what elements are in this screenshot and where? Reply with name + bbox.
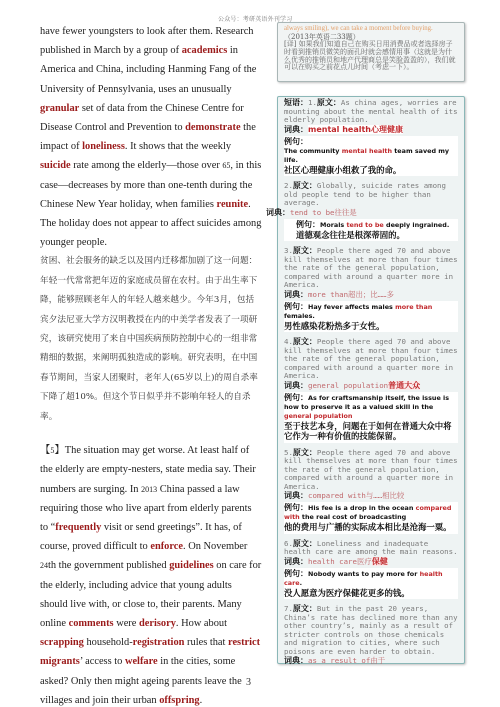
example-text: Nobody wants to pay more for — [308, 570, 420, 578]
dictionary-label: 词典： — [284, 125, 308, 134]
article-translation-4: 贫困、社会服务的缺乏以及国内迁移都加剧了这一问题：年轻一代常常把年迈的家庭成员留… — [40, 252, 262, 427]
text: were — [114, 618, 139, 629]
text: household- — [84, 637, 133, 648]
dictionary-meaning: 普通大众 — [388, 381, 420, 390]
original-sentence: 4.原文：People there aged 70 and above kill… — [284, 338, 458, 381]
text: . It shows that the weekly — [125, 141, 231, 152]
text: . — [200, 695, 203, 706]
text: rules that — [184, 637, 228, 648]
text: rate among the elderly—those over — [71, 160, 223, 171]
example-translation: 他的费用与广播的实际成本相比是沧海一粟。 — [284, 522, 458, 533]
dictionary-label: 词典： — [284, 557, 308, 566]
phrases-notes-box: 短语：1.原文：As china ages, worries are mount… — [277, 96, 465, 664]
example-block: 例句：As for craftsmanship itself, the issu… — [284, 392, 458, 443]
example-text: deeply ingrained. — [384, 221, 449, 229]
example-text: His fee is a drop in the ocean — [308, 504, 416, 512]
example-sentence: 例句：Hay fever affects males more than fem… — [284, 302, 458, 321]
original-sentence: 6.原文：Loneliness and inadequate health ca… — [284, 540, 458, 557]
dictionary-meaning: 往往是 — [335, 208, 357, 217]
example-sentence: 例句：His fee is a drop in the ocean compar… — [284, 503, 458, 522]
dictionary-label: 词典： — [284, 381, 308, 390]
dictionary-meaning: 由于 — [370, 656, 385, 665]
original-sentence: 3.原文：People there aged 70 and above kill… — [284, 247, 458, 290]
keyword: demonstrate — [185, 122, 240, 133]
dictionary-phrase: general population — [308, 381, 388, 390]
article-column: have fewer youngsters to look after them… — [40, 22, 262, 707]
number: 2013 — [141, 485, 157, 494]
example-translation: 男性感染花粉热多于女性。 — [284, 321, 458, 332]
phrase-entry: 4.原文：People there aged 70 and above kill… — [284, 338, 458, 443]
previous-notes-box: always smiling), we can take a moment be… — [277, 22, 465, 82]
phrase-entry: 6.原文：Loneliness and inadequate health ca… — [284, 540, 458, 600]
dictionary-meaning: 超出；比……多 — [348, 290, 394, 299]
example-label: 例句： — [284, 302, 308, 311]
phrase-entries: 短语：1.原文：As china ages, worries are mount… — [278, 97, 464, 674]
example-text: Morals — [320, 221, 346, 229]
example-translation: 道德观念往往是根深蒂固的。 — [296, 230, 458, 241]
example-translation: 至于技艺本身，问题在于如何在普通大众中将它作为一种有价值的技能保留。 — [284, 421, 458, 442]
dictionary-label: 词典： — [266, 208, 290, 217]
dictionary-meaning: 医疗 — [357, 557, 372, 566]
original-sentence: 7.原文：But in the past 20 years, China’s r… — [284, 605, 458, 656]
example-text: females. — [284, 312, 315, 320]
example-sentence: 例句：Morals tend to be deeply ingrained. — [296, 220, 458, 230]
highlighted-phrase: mental health — [342, 147, 392, 155]
example-label: 例句： — [284, 393, 308, 402]
example-text: As for craftsmanship itself, the issue i… — [284, 394, 449, 411]
number: 24 — [40, 561, 48, 570]
keyword: reunite — [217, 199, 249, 210]
original-sentence: 短语：1.原文：As china ages, worries are mount… — [284, 99, 458, 125]
keyword: derisory — [139, 618, 176, 629]
phrase-entry: 7.原文：But in the past 20 years, China’s r… — [284, 605, 458, 666]
keyword: welfare — [125, 656, 158, 667]
original-sentence: 5.原文：People there aged 70 and above kill… — [284, 449, 458, 492]
phrase-entry: 5.原文：People there aged 70 and above kill… — [284, 449, 458, 534]
original-text: But in the past 20 years, China’s rate h… — [284, 604, 458, 656]
keyword: loneliness — [82, 141, 125, 152]
keyword: granular — [40, 103, 79, 114]
example-block: 例句：Morals tend to be deeply ingrained.道德… — [284, 219, 458, 242]
phrase-entry: 2.原文：Globally, suicide rates among old p… — [284, 182, 458, 241]
dictionary-phrase: tend to be — [290, 208, 335, 217]
keyword: guidelines — [169, 560, 213, 571]
dictionary-line: 词典：general population普通大众 — [284, 381, 458, 391]
example-block: 例句：His fee is a drop in the ocean compar… — [284, 502, 458, 534]
dictionary-label: 词典： — [284, 491, 308, 500]
example-orange-line: always smiling), we can take a moment be… — [284, 25, 458, 33]
highlighted-phrase: more than — [395, 303, 432, 311]
example-label: 例句： — [296, 220, 320, 229]
dictionary-label: 词典： — [284, 656, 308, 665]
dictionary-line: 词典：mental health心理健康 — [284, 125, 458, 135]
keyword: registration — [133, 637, 185, 648]
example-translation: 没人愿意为医疗保健花更多的钱。 — [284, 588, 458, 599]
highlighted-phrase: tend to be — [346, 221, 383, 229]
keyword: frequently — [55, 522, 101, 533]
example-translation: 社区心理健康小组救了我的命。 — [284, 165, 458, 176]
example-block: 例句：Hay fever affects males more than fem… — [284, 301, 458, 333]
text: . How about — [176, 618, 227, 629]
keyword: offspring — [159, 695, 199, 706]
example-label: 例句： — [284, 569, 308, 578]
phrase-entry: 3.原文：People there aged 70 and above kill… — [284, 247, 458, 332]
example-sentence: 例句：The community mental health team save… — [284, 137, 458, 165]
text: 【 — [40, 445, 50, 456]
example-sentence: 例句：Nobody wants to pay more for health c… — [284, 569, 458, 588]
dictionary-phrase: mental health心理健康 — [308, 125, 403, 134]
article-paragraph-5: 【5】The situation may get worse. At least… — [40, 441, 262, 707]
keyword: suicide — [40, 160, 71, 171]
keyword: scrapping — [40, 637, 84, 648]
example-text: The community — [284, 147, 342, 155]
keyword: enforce — [150, 541, 183, 552]
dictionary-phrase: compared with — [308, 491, 366, 500]
dictionary-line: 词典：more than超出；比……多 — [284, 290, 458, 300]
dictionary-line: 词典：compared with与……相比较 — [284, 491, 458, 501]
dictionary-line: 词典：as a result of由于 — [284, 656, 458, 666]
dictionary-meaning: 与……相比较 — [366, 491, 404, 500]
keyword: comments — [69, 618, 114, 629]
dictionary-meaning-2: 保健 — [372, 557, 388, 566]
dictionary-phrase: more than — [308, 290, 348, 299]
text: . On November — [183, 541, 247, 552]
dictionary-phrase: as a result of — [308, 656, 370, 665]
dictionary-phrase: health care — [308, 557, 357, 566]
example-block: 例句：The community mental health team save… — [284, 136, 458, 177]
example-sentence: 例句：As for craftsmanship itself, the issu… — [284, 393, 458, 421]
example-label: 例句： — [284, 137, 308, 146]
example-text: . — [300, 579, 302, 587]
highlighted-phrase: general population — [284, 412, 352, 420]
example-text: the real cost of broadcasting — [300, 513, 407, 521]
text: th the government published — [48, 560, 169, 571]
example-label: 例句： — [284, 503, 308, 512]
dictionary-line: 词典：tend to be往往是 — [266, 208, 458, 218]
dictionary-label: 词典： — [284, 290, 308, 299]
keyword: academics — [182, 45, 228, 56]
dictionary-line: 词典：health care医疗保健 — [284, 557, 458, 567]
original-sentence: 2.原文：Globally, suicide rates among old p… — [284, 182, 458, 208]
example-block: 例句：Nobody wants to pay more for health c… — [284, 568, 458, 600]
article-paragraph-4: have fewer youngsters to look after them… — [40, 22, 262, 252]
example-text: Hay fever affects males — [308, 303, 395, 311]
page-number: 3 — [246, 677, 251, 688]
phrase-entry: 短语：1.原文：As china ages, worries are mount… — [284, 99, 458, 176]
translation-text: [译] 如果我们知道自己在购买日用消费品或者选择房子时看到推销员微笑的面孔时就会… — [284, 41, 458, 72]
text: ’ access to — [80, 656, 125, 667]
